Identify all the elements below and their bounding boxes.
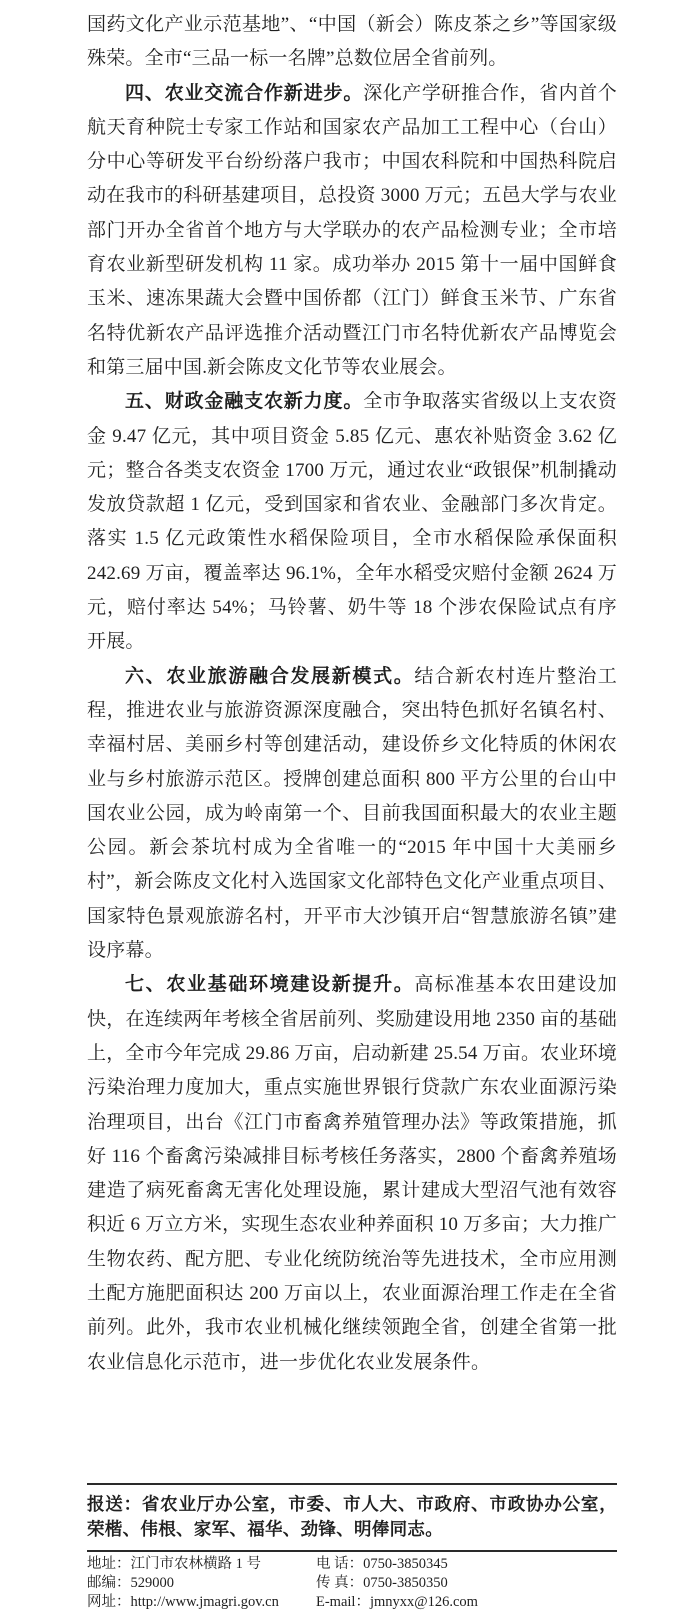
- contact-block: 地址：江门市农林横路 1 号 电 话：0750-3850345 邮编：52900…: [87, 1552, 617, 1612]
- section-7-heading: 七、农业基础环境建设新提升。: [125, 974, 414, 995]
- paragraph-section-6: 六、农业旅游融合发展新模式。结合新农村连片整治工程，推进农业与旅游资源深度融合，…: [87, 660, 617, 969]
- email-text: E-mail：jmnyxx@126.com: [316, 1593, 478, 1612]
- phone-text: 电 话：0750-3850345: [316, 1555, 448, 1574]
- contact-row-postal-fax: 邮编：529000 传 真：0750-3850350: [87, 1574, 617, 1593]
- section-6-heading: 六、农业旅游融合发展新模式。: [125, 666, 414, 687]
- paragraph-text: 结合新农村连片整治工程，推进农业与旅游资源深度融合，突出特色抓好名镇名村、幸福村…: [87, 666, 617, 961]
- paragraph-continuation: 国药文化产业示范基地”、“中国（新会）陈皮茶之乡”等国家级殊荣。全市“三品一标一…: [87, 8, 617, 77]
- paragraph-text: 高标准基本农田建设加快，在连续两年考核全省居前列、奖励建设用地 2350 亩的基…: [87, 974, 617, 1372]
- document-page: 国药文化产业示范基地”、“中国（新会）陈皮茶之乡”等国家级殊荣。全市“三品一标一…: [0, 0, 700, 1624]
- section-4-heading: 四、农业交流合作新进步。: [125, 83, 363, 104]
- section-5-heading: 五、财政金融支农新力度。: [125, 391, 363, 412]
- distribution-list: 报送：省农业厅办公室，市委、市人大、市政府、市政协办公室，荣楷、伟根、家军、福华…: [87, 1485, 617, 1550]
- paragraph-text: 全市争取落实省级以上支农资金 9.47 亿元，其中项目资金 5.85 亿元、惠农…: [87, 391, 617, 652]
- postal-code-text: 邮编：529000: [87, 1574, 300, 1593]
- paragraph-text: 国药文化产业示范基地”、“中国（新会）陈皮茶之乡”等国家级殊荣。全市“三品一标一…: [87, 14, 617, 69]
- website-text: 网址：http://www.jmagri.gov.cn: [87, 1593, 300, 1612]
- address-text: 地址：江门市农林横路 1 号: [87, 1555, 300, 1574]
- paragraph-section-7: 七、农业基础环境建设新提升。高标准基本农田建设加快，在连续两年考核全省居前列、奖…: [87, 968, 617, 1380]
- fax-text: 传 真：0750-3850350: [316, 1574, 448, 1593]
- document-body: 国药文化产业示范基地”、“中国（新会）陈皮茶之乡”等国家级殊荣。全市“三品一标一…: [87, 8, 617, 1380]
- contact-row-address-phone: 地址：江门市农林横路 1 号 电 话：0750-3850345: [87, 1555, 617, 1574]
- document-footer: 报送：省农业厅办公室，市委、市人大、市政府、市政协办公室，荣楷、伟根、家军、福华…: [87, 1483, 617, 1612]
- paragraph-section-5: 五、财政金融支农新力度。全市争取落实省级以上支农资金 9.47 亿元，其中项目资…: [87, 385, 617, 659]
- contact-row-web-email: 网址：http://www.jmagri.gov.cn E-mail：jmnyx…: [87, 1593, 617, 1612]
- paragraph-section-4: 四、农业交流合作新进步。深化产学研推合作，省内首个航天育种院士专家工作站和国家农…: [87, 77, 617, 386]
- paragraph-text: 深化产学研推合作，省内首个航天育种院士专家工作站和国家农产品加工工程中心（台山）…: [87, 83, 617, 378]
